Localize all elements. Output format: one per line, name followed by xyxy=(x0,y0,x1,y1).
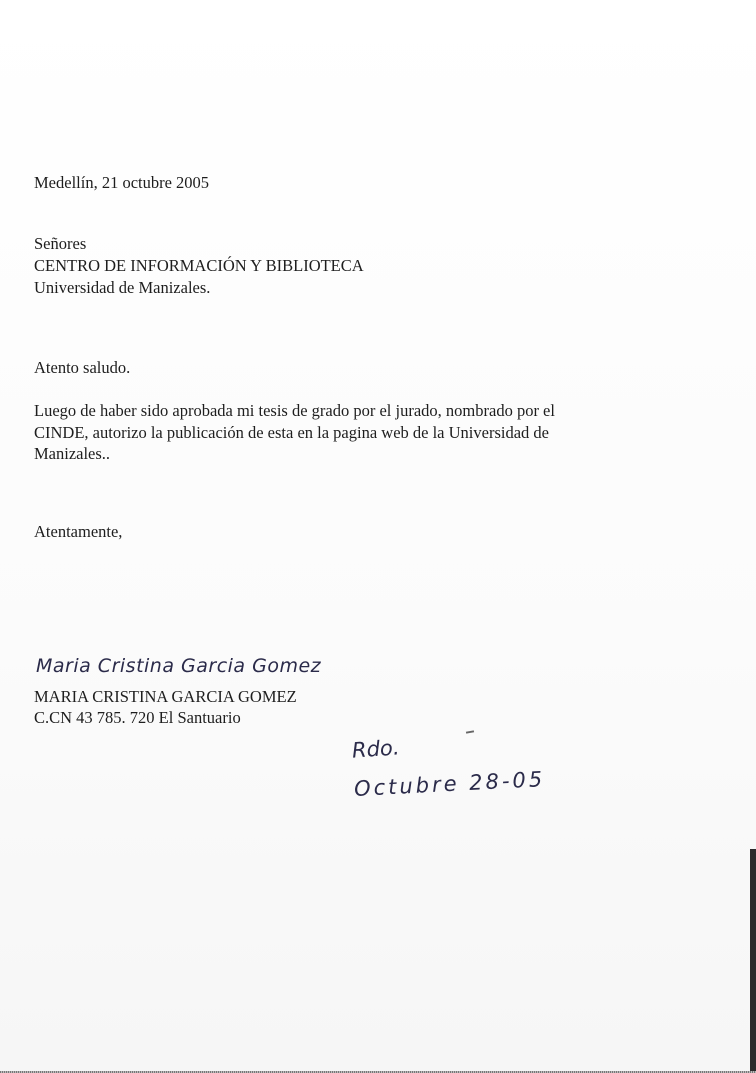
handwritten-signature: Maria Cristina Garcia Gomez xyxy=(36,655,321,677)
recipient-salutation: Señores xyxy=(34,233,86,254)
recipient-institution: Universidad de Manizales. xyxy=(34,277,210,298)
scan-speck xyxy=(466,730,474,733)
body-line: CINDE, autorizo la publicación de esta e… xyxy=(34,422,549,443)
signer-id: C.CN 43 785. 720 El Santuario xyxy=(34,707,241,728)
signer-name: MARIA CRISTINA GARCIA GOMEZ xyxy=(34,686,297,707)
received-date-annotation: Octubre 28-05 xyxy=(354,767,546,801)
received-annotation: Rdo. xyxy=(351,735,400,762)
greeting: Atento saludo. xyxy=(34,357,130,378)
body-line: Luego de haber sido aprobada mi tesis de… xyxy=(34,400,555,421)
scan-edge-right xyxy=(750,849,756,1073)
place-date: Medellín, 21 octubre 2005 xyxy=(34,172,209,193)
body-line: Manizales.. xyxy=(34,443,110,464)
recipient-organization: CENTRO DE INFORMACIÓN Y BIBLIOTECA xyxy=(34,255,364,276)
closing: Atentamente, xyxy=(34,521,122,542)
scanned-letter-page: Medellín, 21 octubre 2005 Señores CENTRO… xyxy=(0,0,756,1073)
